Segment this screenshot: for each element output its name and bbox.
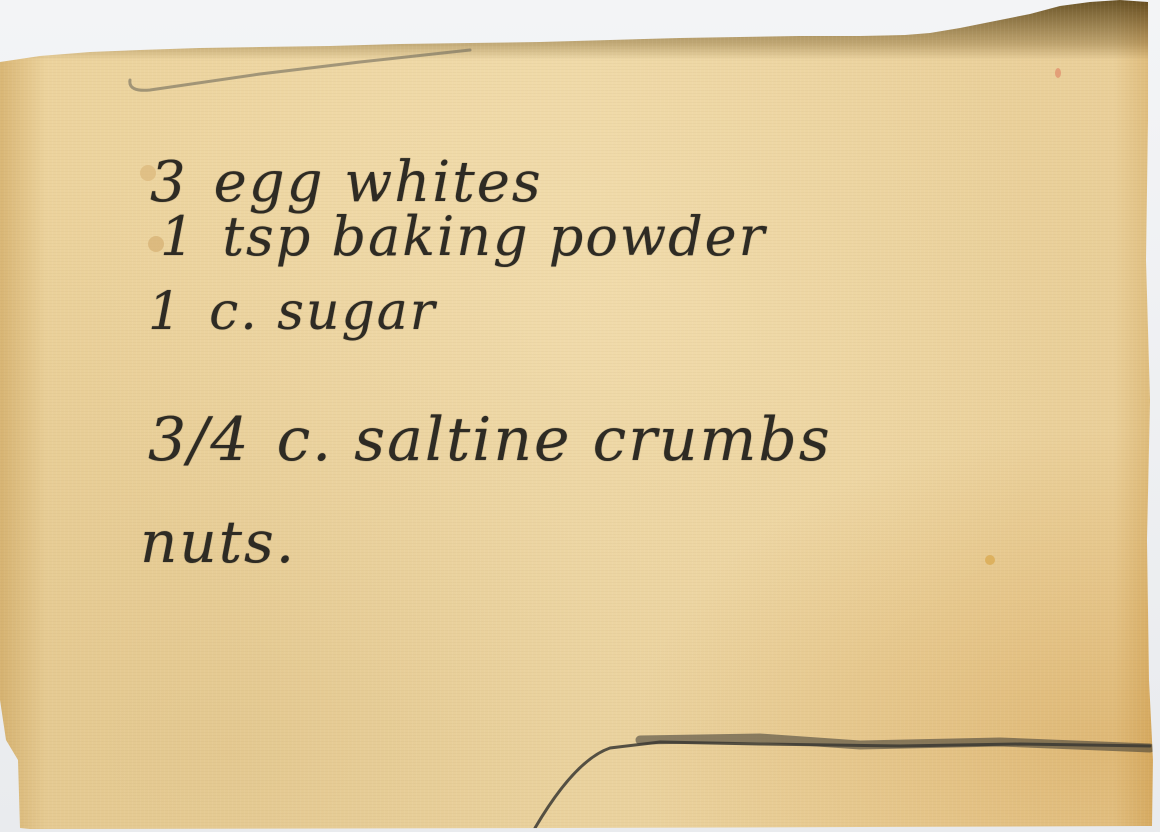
ingredient-name: tsp baking powder: [222, 205, 766, 268]
ingredient-line: nuts.: [140, 508, 296, 576]
recipe-ingredients: 3egg whites 1tsp baking powder 1c. sugar…: [0, 0, 1160, 832]
ingredient-line: 3/4c. saltine crumbs: [148, 405, 832, 475]
ingredient-name: c. sugar: [209, 282, 437, 342]
ingredient-line: 1c. sugar: [148, 282, 437, 342]
ingredient-quantity: 1: [160, 205, 196, 268]
ingredient-name: nuts.: [140, 508, 296, 576]
ingredient-quantity: 3/4: [148, 405, 251, 475]
ingredient-quantity: 1: [148, 282, 183, 342]
recipe-card: 3egg whites 1tsp baking powder 1c. sugar…: [0, 0, 1160, 832]
scanned-page: 3egg whites 1tsp baking powder 1c. sugar…: [0, 0, 1160, 832]
ingredient-line: 1tsp baking powder: [160, 205, 766, 268]
ingredient-name: c. saltine crumbs: [277, 405, 832, 475]
